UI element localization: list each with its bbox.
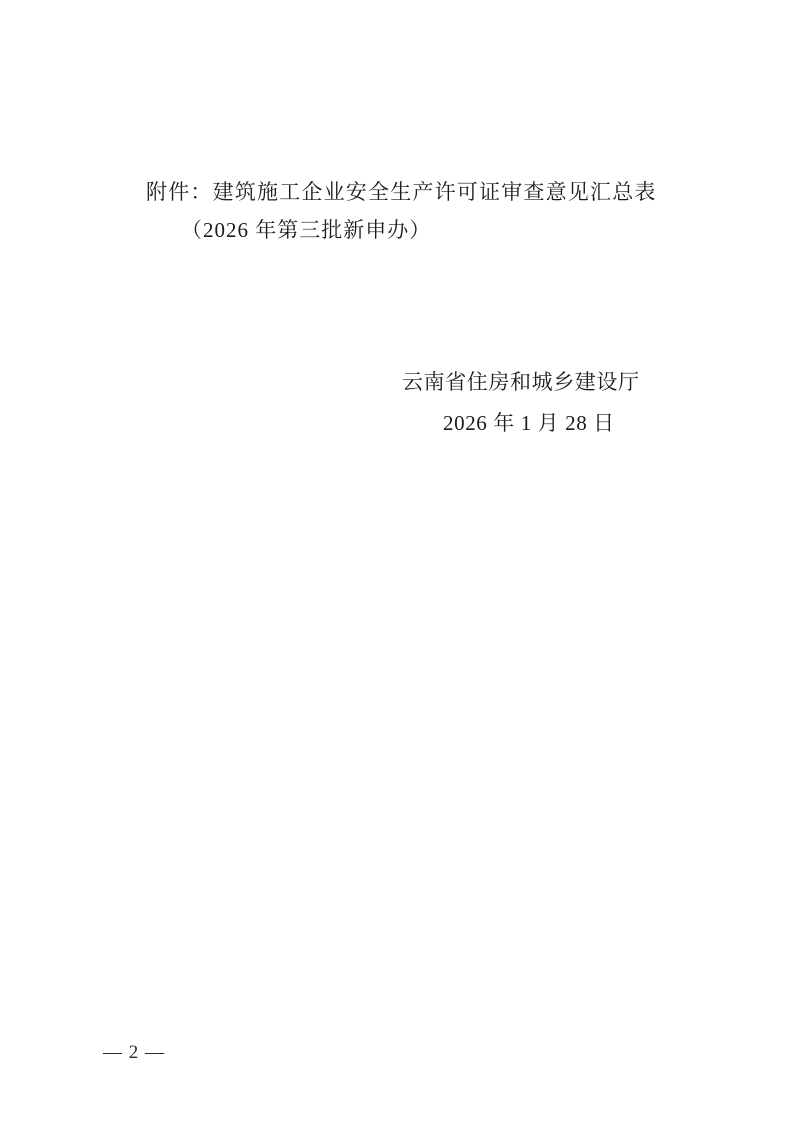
page-number: — 2 —: [103, 1041, 165, 1065]
document-page: 附件：建筑施工企业安全生产许可证审查意见汇总表 （2026 年第三批新申办） 云…: [0, 0, 793, 1122]
signature-date: 2026 年 1 月 28 日: [443, 411, 615, 435]
attachment-subtitle: （2026 年第三批新申办）: [181, 218, 431, 242]
signature-organization: 云南省住房和城乡建设厅: [402, 370, 640, 394]
attachment-title-text: 建筑施工企业安全生产许可证审查意见汇总表: [213, 180, 657, 204]
attachment-label: 附件：: [146, 180, 213, 204]
attachment-heading: 附件：建筑施工企业安全生产许可证审查意见汇总表: [146, 180, 657, 204]
